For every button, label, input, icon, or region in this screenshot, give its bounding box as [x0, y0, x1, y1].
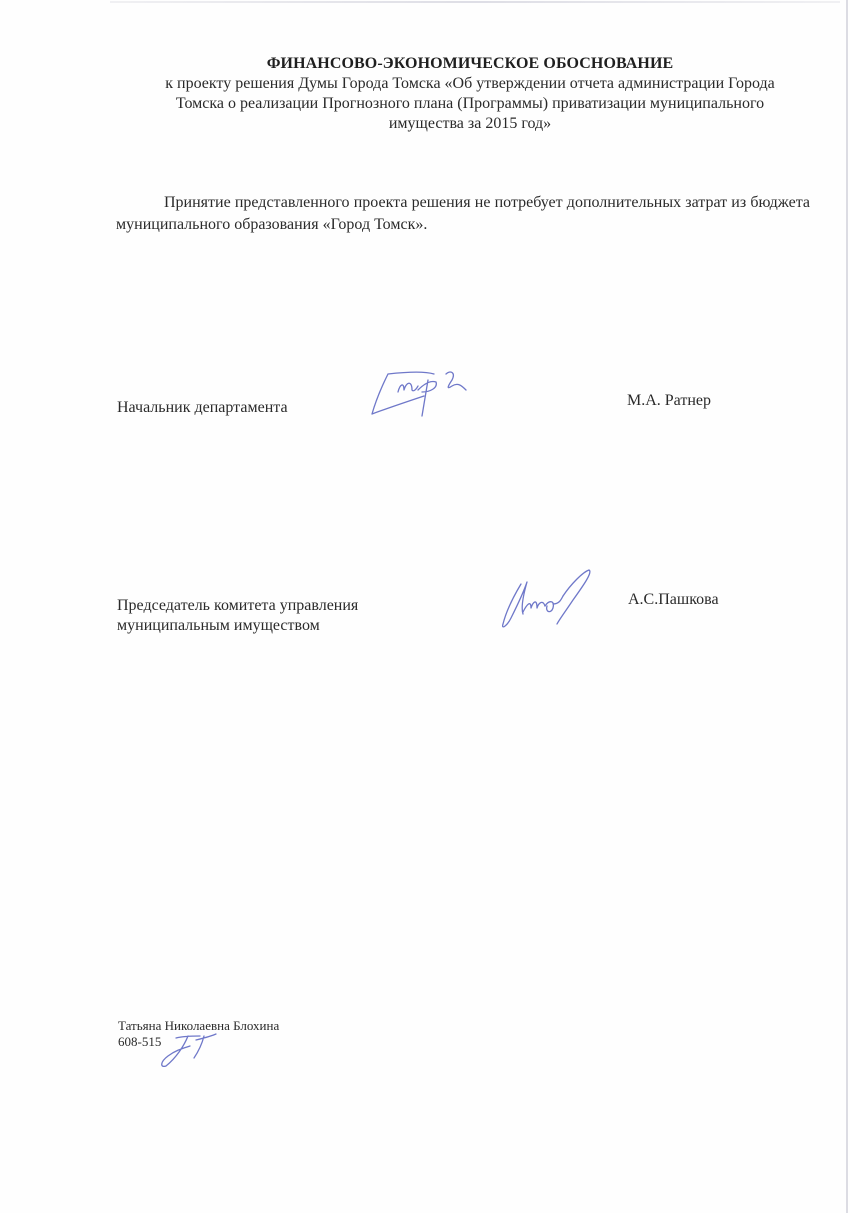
handwritten-initials-icon [156, 1030, 218, 1070]
document-subtitle-line: к проекту решения Думы Города Томска «Об… [108, 74, 832, 94]
signatory-name: А.С.Пашкова [628, 590, 719, 610]
document-header: ФИНАНСОВО-ЭКОНОМИЧЕСКОЕ ОБОСНОВАНИЕ к пр… [108, 54, 832, 134]
handwritten-signature-icon [497, 566, 597, 632]
signatory-position: Начальник департамента [117, 398, 288, 418]
document-title: ФИНАНСОВО-ЭКОНОМИЧЕСКОЕ ОБОСНОВАНИЕ [108, 54, 832, 74]
scan-edge-top [110, 1, 840, 3]
signatory-position: Председатель комитета управления [117, 596, 358, 616]
document-body-paragraph: Принятие представленного проекта решения… [116, 192, 810, 236]
signatory-position: муниципальным имуществом [117, 616, 320, 636]
signatory-name: М.А. Ратнер [627, 391, 711, 411]
document-subtitle-line: Томска о реализации Прогнозного плана (П… [108, 94, 832, 114]
handwritten-signature-icon [366, 366, 476, 418]
document-subtitle-line: имущества за 2015 год» [108, 114, 832, 134]
scan-edge-right [846, 0, 848, 1213]
document-page: ФИНАНСОВО-ЭКОНОМИЧЕСКОЕ ОБОСНОВАНИЕ к пр… [0, 0, 850, 1213]
